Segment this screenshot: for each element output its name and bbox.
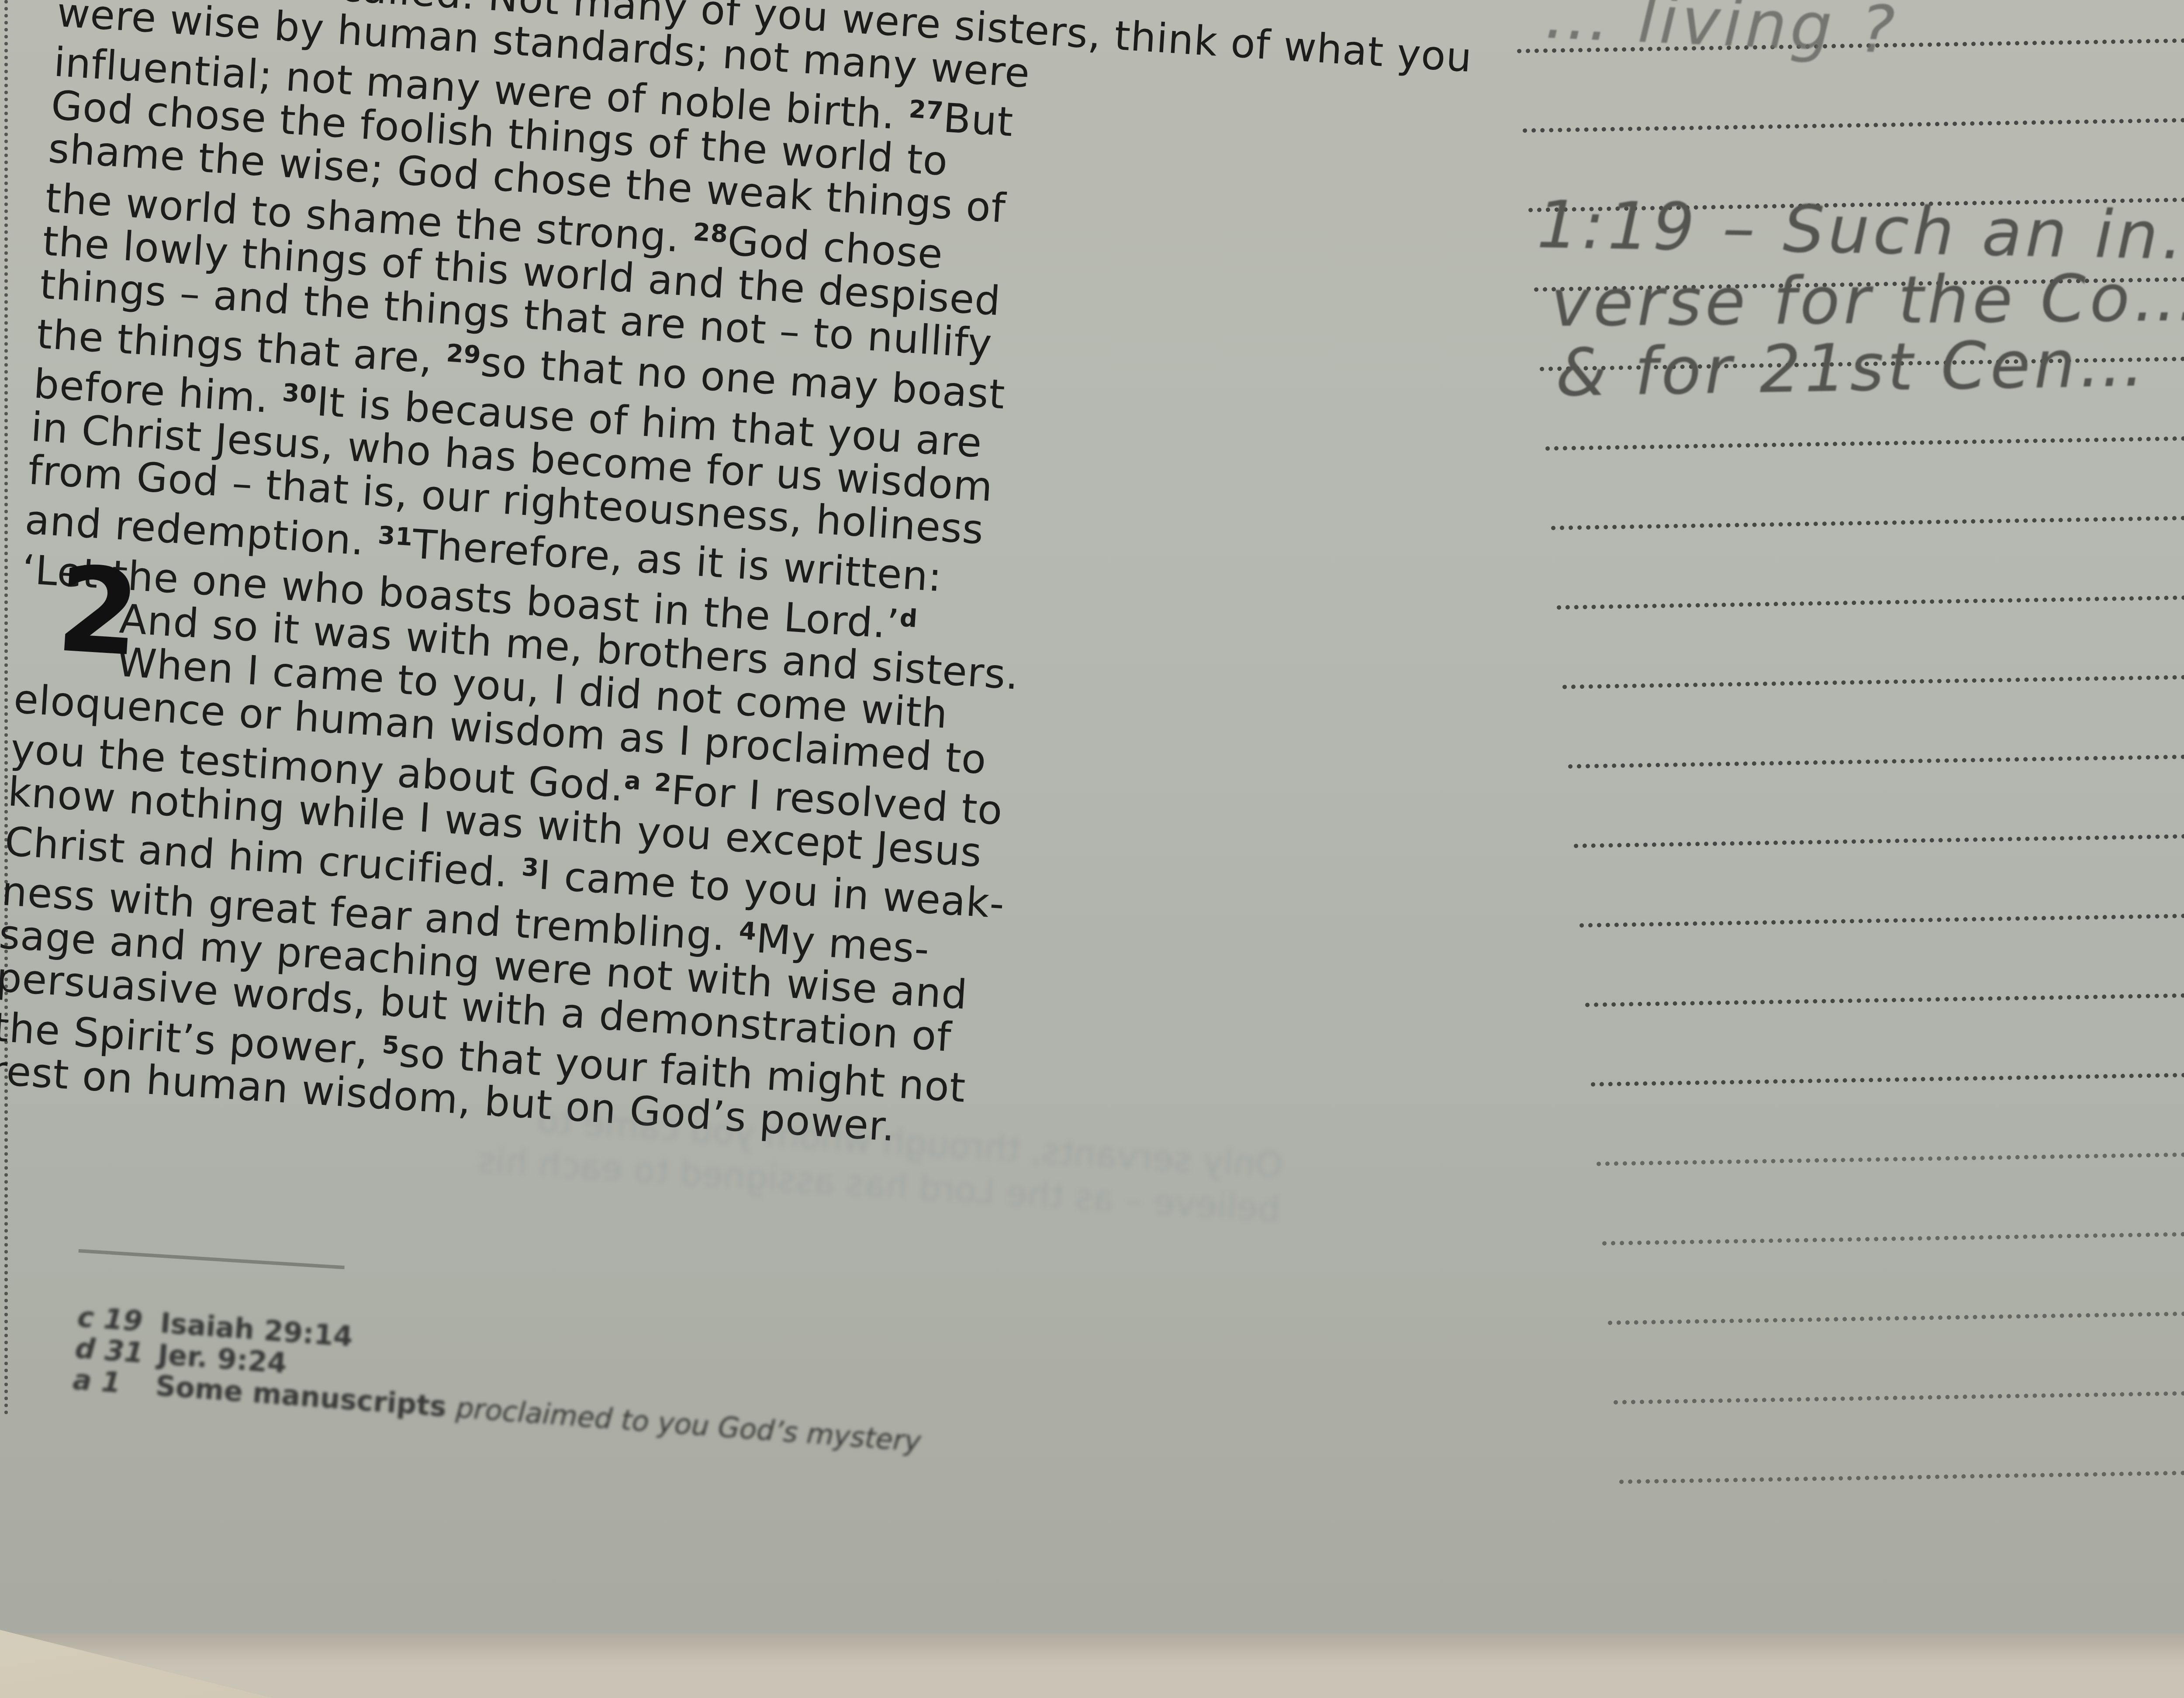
dotted-rule <box>1597 1151 2184 1166</box>
verse-number: 5 <box>381 1031 401 1060</box>
verse-number: 3 <box>521 853 540 882</box>
footnote-separator <box>78 1249 344 1269</box>
dotted-rule <box>1545 435 2184 451</box>
verse-number: 2 <box>653 768 673 797</box>
scripture-column: …n you were called. Not many of you were… <box>0 0 1500 1182</box>
footnote-mark: a 1 <box>72 1364 157 1402</box>
dotted-rule <box>1562 674 2184 689</box>
dotted-rule <box>1557 594 2184 610</box>
page-margin-dotted-rule <box>4 0 8 1415</box>
journal-margin: … living ? 1:19 – Such an in… verse for … <box>1494 0 2184 1581</box>
verse-number: 4 <box>738 917 757 946</box>
verse-text <box>639 765 656 812</box>
dotted-rule <box>1608 1311 2184 1325</box>
scripture-lines: …n you were called. Not many of you were… <box>0 0 1500 1182</box>
dotted-rule <box>1602 1231 2184 1246</box>
verse-number: 29 <box>446 339 482 369</box>
verse-number: d <box>899 604 919 633</box>
dotted-rule <box>1591 1072 2184 1087</box>
dotted-rule <box>1614 1390 2184 1405</box>
bible-page: …n you were called. Not many of you were… <box>0 0 2184 1633</box>
dotted-rule <box>1579 913 2184 928</box>
verse-number: 28 <box>692 218 729 248</box>
handwritten-note: verse for the Co… <box>1551 265 2184 336</box>
handwritten-note: … living ? <box>1543 0 1899 63</box>
handwritten-note: 1:19 – Such an in… <box>1536 192 2184 270</box>
verse-number: 27 <box>908 95 945 126</box>
dotted-rule <box>1585 992 2184 1007</box>
chapter-number: 2 <box>54 550 143 673</box>
dotted-rule <box>1619 1470 2184 1484</box>
dotted-rule <box>1574 833 2184 848</box>
dotted-rule <box>1551 515 2184 530</box>
handwritten-note: & for 21st Cen… <box>1555 330 2149 406</box>
verse-text: But <box>942 95 1015 146</box>
footnotes: c 19Isaiah 29:14 d 31Jer. 9:24 a 1Some m… <box>72 1301 926 1458</box>
dotted-rule <box>1523 117 2184 133</box>
verse-number: a <box>623 766 642 796</box>
verse-number: 30 <box>281 379 318 409</box>
verse-number: 31 <box>377 521 414 552</box>
dotted-rule <box>1568 753 2184 769</box>
